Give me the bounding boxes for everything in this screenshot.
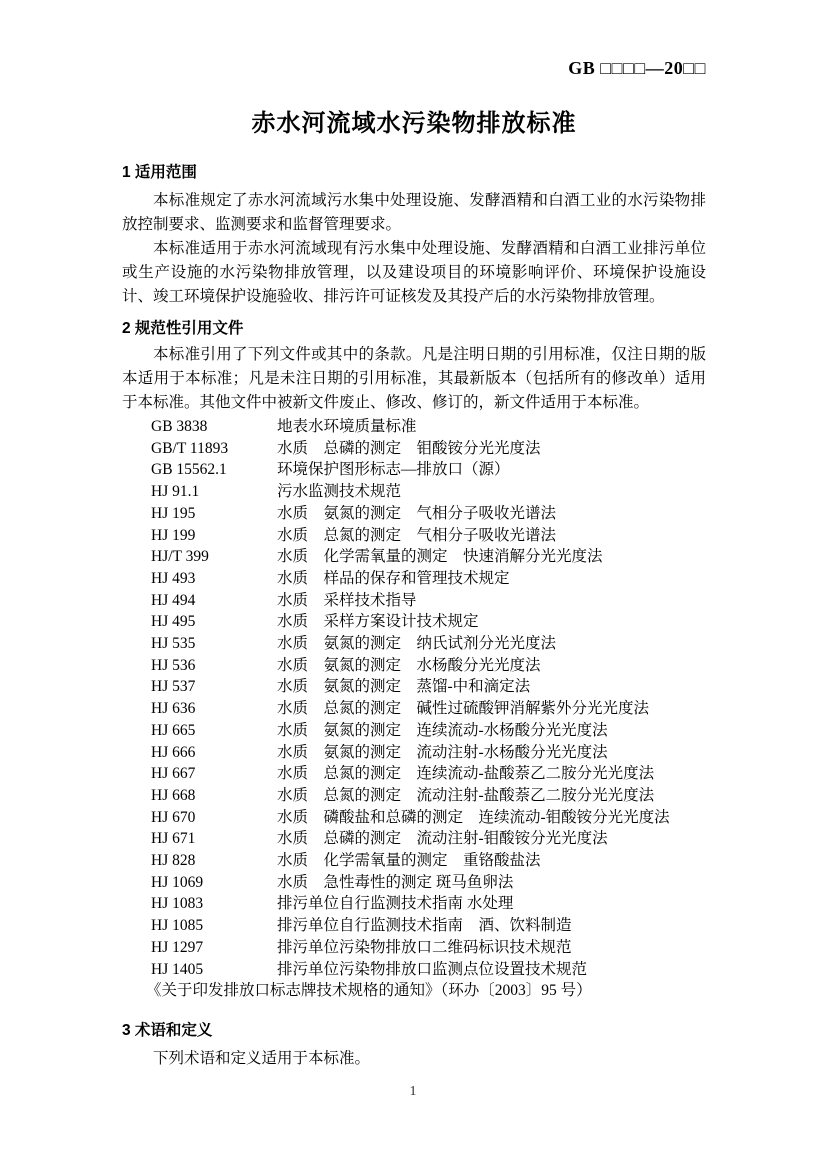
reference-row: HJ 1069 水质 急性毒性的测定 斑马鱼卵法: [122, 872, 706, 894]
reference-title: 水质 总氮的测定 气相分子吸收光谱法: [277, 525, 706, 547]
reference-title: 水质 总氮的测定 连续流动-盐酸萘乙二胺分光光度法: [277, 763, 706, 785]
reference-row: HJ 1297 排污单位污染物排放口二维码标识技术规范: [122, 937, 706, 959]
reference-code: HJ 666: [151, 742, 277, 764]
reference-code: HJ 670: [151, 807, 277, 829]
reference-row: HJ 493 水质 样品的保存和管理技术规定: [122, 568, 706, 590]
section-heading-terms-definitions: 3 术语和定义: [122, 1022, 706, 1039]
reference-code: HJ 195: [151, 503, 277, 525]
reference-code: HJ 828: [151, 850, 277, 872]
page-number: 1: [0, 1083, 826, 1100]
reference-row: HJ 537 水质 氨氮的测定 蒸馏-中和滴定法: [122, 676, 706, 698]
reference-code: HJ 493: [151, 568, 277, 590]
reference-code: HJ 665: [151, 720, 277, 742]
reference-title: 水质 磷酸盐和总磷的测定 连续流动-钼酸铵分光光度法: [277, 807, 706, 829]
reference-row: HJ 1405 排污单位污染物排放口监测点位设置技术规范: [122, 959, 706, 981]
terms-definitions-paragraph: 下列术语和定义适用于本标准。: [122, 1047, 706, 1071]
reference-row: HJ 668 水质 总氮的测定 流动注射-盐酸萘乙二胺分光光度法: [122, 785, 706, 807]
reference-code: HJ 199: [151, 525, 277, 547]
section-heading-normative-references: 2 规范性引用文件: [122, 320, 706, 337]
reference-title: 水质 氨氮的测定 蒸馏-中和滴定法: [277, 676, 706, 698]
reference-title: 水质 化学需氧量的测定 重铬酸盐法: [277, 850, 706, 872]
additional-reference: 《关于印发排放口标志牌技术规格的通知》（环办〔2003〕95 号）: [122, 980, 706, 1002]
reference-title: 水质 化学需氧量的测定 快速消解分光光度法: [277, 546, 706, 568]
document-content: GB □□□□—20□□ 赤水河流域水污染物排放标准 1 适用范围 本标准规定了…: [0, 0, 826, 1071]
reference-row: HJ 199 水质 总氮的测定 气相分子吸收光谱法: [122, 525, 706, 547]
reference-row: HJ 665 水质 氨氮的测定 连续流动-水杨酸分光光度法: [122, 720, 706, 742]
reference-title: 水质 氨氮的测定 气相分子吸收光谱法: [277, 503, 706, 525]
reference-row: GB 3838 地表水环境质量标准: [122, 416, 706, 438]
document-page: GB □□□□—20□□ 赤水河流域水污染物排放标准 1 适用范围 本标准规定了…: [0, 0, 826, 1169]
reference-row: HJ 536 水质 氨氮的测定 水杨酸分光光度法: [122, 655, 706, 677]
reference-title: 水质 急性毒性的测定 斑马鱼卵法: [277, 872, 706, 894]
reference-title: 水质 氨氮的测定 纳氏试剂分光光度法: [277, 633, 706, 655]
reference-row: HJ 91.1 污水监测技术规范: [122, 481, 706, 503]
reference-row: HJ 1083 排污单位自行监测技术指南 水处理: [122, 893, 706, 915]
reference-title: 水质 样品的保存和管理技术规定: [277, 568, 706, 590]
reference-code: HJ 668: [151, 785, 277, 807]
section-heading-scope: 1 适用范围: [122, 164, 706, 181]
normative-references-intro: 本标准引用了下列文件或其中的条款。凡是注明日期的引用标准，仅注日期的版本适用于本…: [122, 343, 706, 415]
reference-title: 水质 氨氮的测定 连续流动-水杨酸分光光度法: [277, 720, 706, 742]
reference-code: HJ 1083: [151, 893, 277, 915]
reference-row: HJ 535 水质 氨氮的测定 纳氏试剂分光光度法: [122, 633, 706, 655]
reference-title: 水质 采样方案设计技术规定: [277, 611, 706, 633]
reference-row: HJ 195 水质 氨氮的测定 气相分子吸收光谱法: [122, 503, 706, 525]
reference-title: 排污单位污染物排放口监测点位设置技术规范: [277, 959, 706, 981]
reference-title: 水质 总磷的测定 钼酸铵分光光度法: [277, 438, 706, 460]
reference-code: HJ 671: [151, 828, 277, 850]
reference-code: HJ 537: [151, 676, 277, 698]
reference-title: 排污单位自行监测技术指南 水处理: [277, 893, 706, 915]
reference-row: HJ/T 399 水质 化学需氧量的测定 快速消解分光光度法: [122, 546, 706, 568]
scope-paragraph-1: 本标准规定了赤水河流域污水集中处理设施、发酵酒精和白酒工业的水污染物排放控制要求…: [122, 189, 706, 237]
reference-code: HJ 1085: [151, 915, 277, 937]
reference-code: HJ 1069: [151, 872, 277, 894]
document-title: 赤水河流域水污染物排放标准: [122, 107, 706, 140]
reference-code: HJ 1405: [151, 959, 277, 981]
standard-code-header: GB □□□□—20□□: [122, 58, 706, 79]
reference-title: 水质 总氮的测定 碱性过硫酸钾消解紫外分光光度法: [277, 698, 706, 720]
reference-code: HJ 91.1: [151, 481, 277, 503]
reference-code: HJ 667: [151, 763, 277, 785]
reference-row: HJ 1085 排污单位自行监测技术指南 酒、饮料制造: [122, 915, 706, 937]
reference-code: HJ 494: [151, 590, 277, 612]
reference-title: 水质 总氮的测定 流动注射-盐酸萘乙二胺分光光度法: [277, 785, 706, 807]
reference-code: HJ 636: [151, 698, 277, 720]
reference-row: HJ 670 水质 磷酸盐和总磷的测定 连续流动-钼酸铵分光光度法: [122, 807, 706, 829]
reference-code: HJ 1297: [151, 937, 277, 959]
reference-row: HJ 666 水质 氨氮的测定 流动注射-水杨酸分光光度法: [122, 742, 706, 764]
scope-paragraph-2: 本标准适用于赤水河流域现有污水集中处理设施、发酵酒精和白酒工业排污单位或生产设施…: [122, 237, 706, 309]
reference-code: GB 3838: [151, 416, 277, 438]
reference-row: HJ 495 水质 采样方案设计技术规定: [122, 611, 706, 633]
reference-title: 水质 氨氮的测定 流动注射-水杨酸分光光度法: [277, 742, 706, 764]
reference-title: 水质 总磷的测定 流动注射-钼酸铵分光光度法: [277, 828, 706, 850]
reference-code: HJ 495: [151, 611, 277, 633]
reference-title: 排污单位污染物排放口二维码标识技术规范: [277, 937, 706, 959]
reference-title: 地表水环境质量标准: [277, 416, 706, 438]
reference-code: HJ/T 399: [151, 546, 277, 568]
reference-code: HJ 536: [151, 655, 277, 677]
reference-title: 排污单位自行监测技术指南 酒、饮料制造: [277, 915, 706, 937]
reference-title: 环境保护图形标志—排放口（源）: [277, 459, 706, 481]
reference-code: HJ 535: [151, 633, 277, 655]
reference-row: HJ 636 水质 总氮的测定 碱性过硫酸钾消解紫外分光光度法: [122, 698, 706, 720]
reference-code: GB 15562.1: [151, 459, 277, 481]
reference-row: HJ 828 水质 化学需氧量的测定 重铬酸盐法: [122, 850, 706, 872]
reference-row: HJ 671 水质 总磷的测定 流动注射-钼酸铵分光光度法: [122, 828, 706, 850]
reference-title: 污水监测技术规范: [277, 481, 706, 503]
reference-row: HJ 667 水质 总氮的测定 连续流动-盐酸萘乙二胺分光光度法: [122, 763, 706, 785]
reference-title: 水质 氨氮的测定 水杨酸分光光度法: [277, 655, 706, 677]
reference-row: HJ 494 水质 采样技术指导: [122, 590, 706, 612]
reference-row: GB 15562.1 环境保护图形标志—排放口（源）: [122, 459, 706, 481]
reference-title: 水质 采样技术指导: [277, 590, 706, 612]
reference-list: GB 3838 地表水环境质量标准 GB/T 11893 水质 总磷的测定 钼酸…: [122, 416, 706, 980]
reference-code: GB/T 11893: [151, 438, 277, 460]
reference-row: GB/T 11893 水质 总磷的测定 钼酸铵分光光度法: [122, 438, 706, 460]
